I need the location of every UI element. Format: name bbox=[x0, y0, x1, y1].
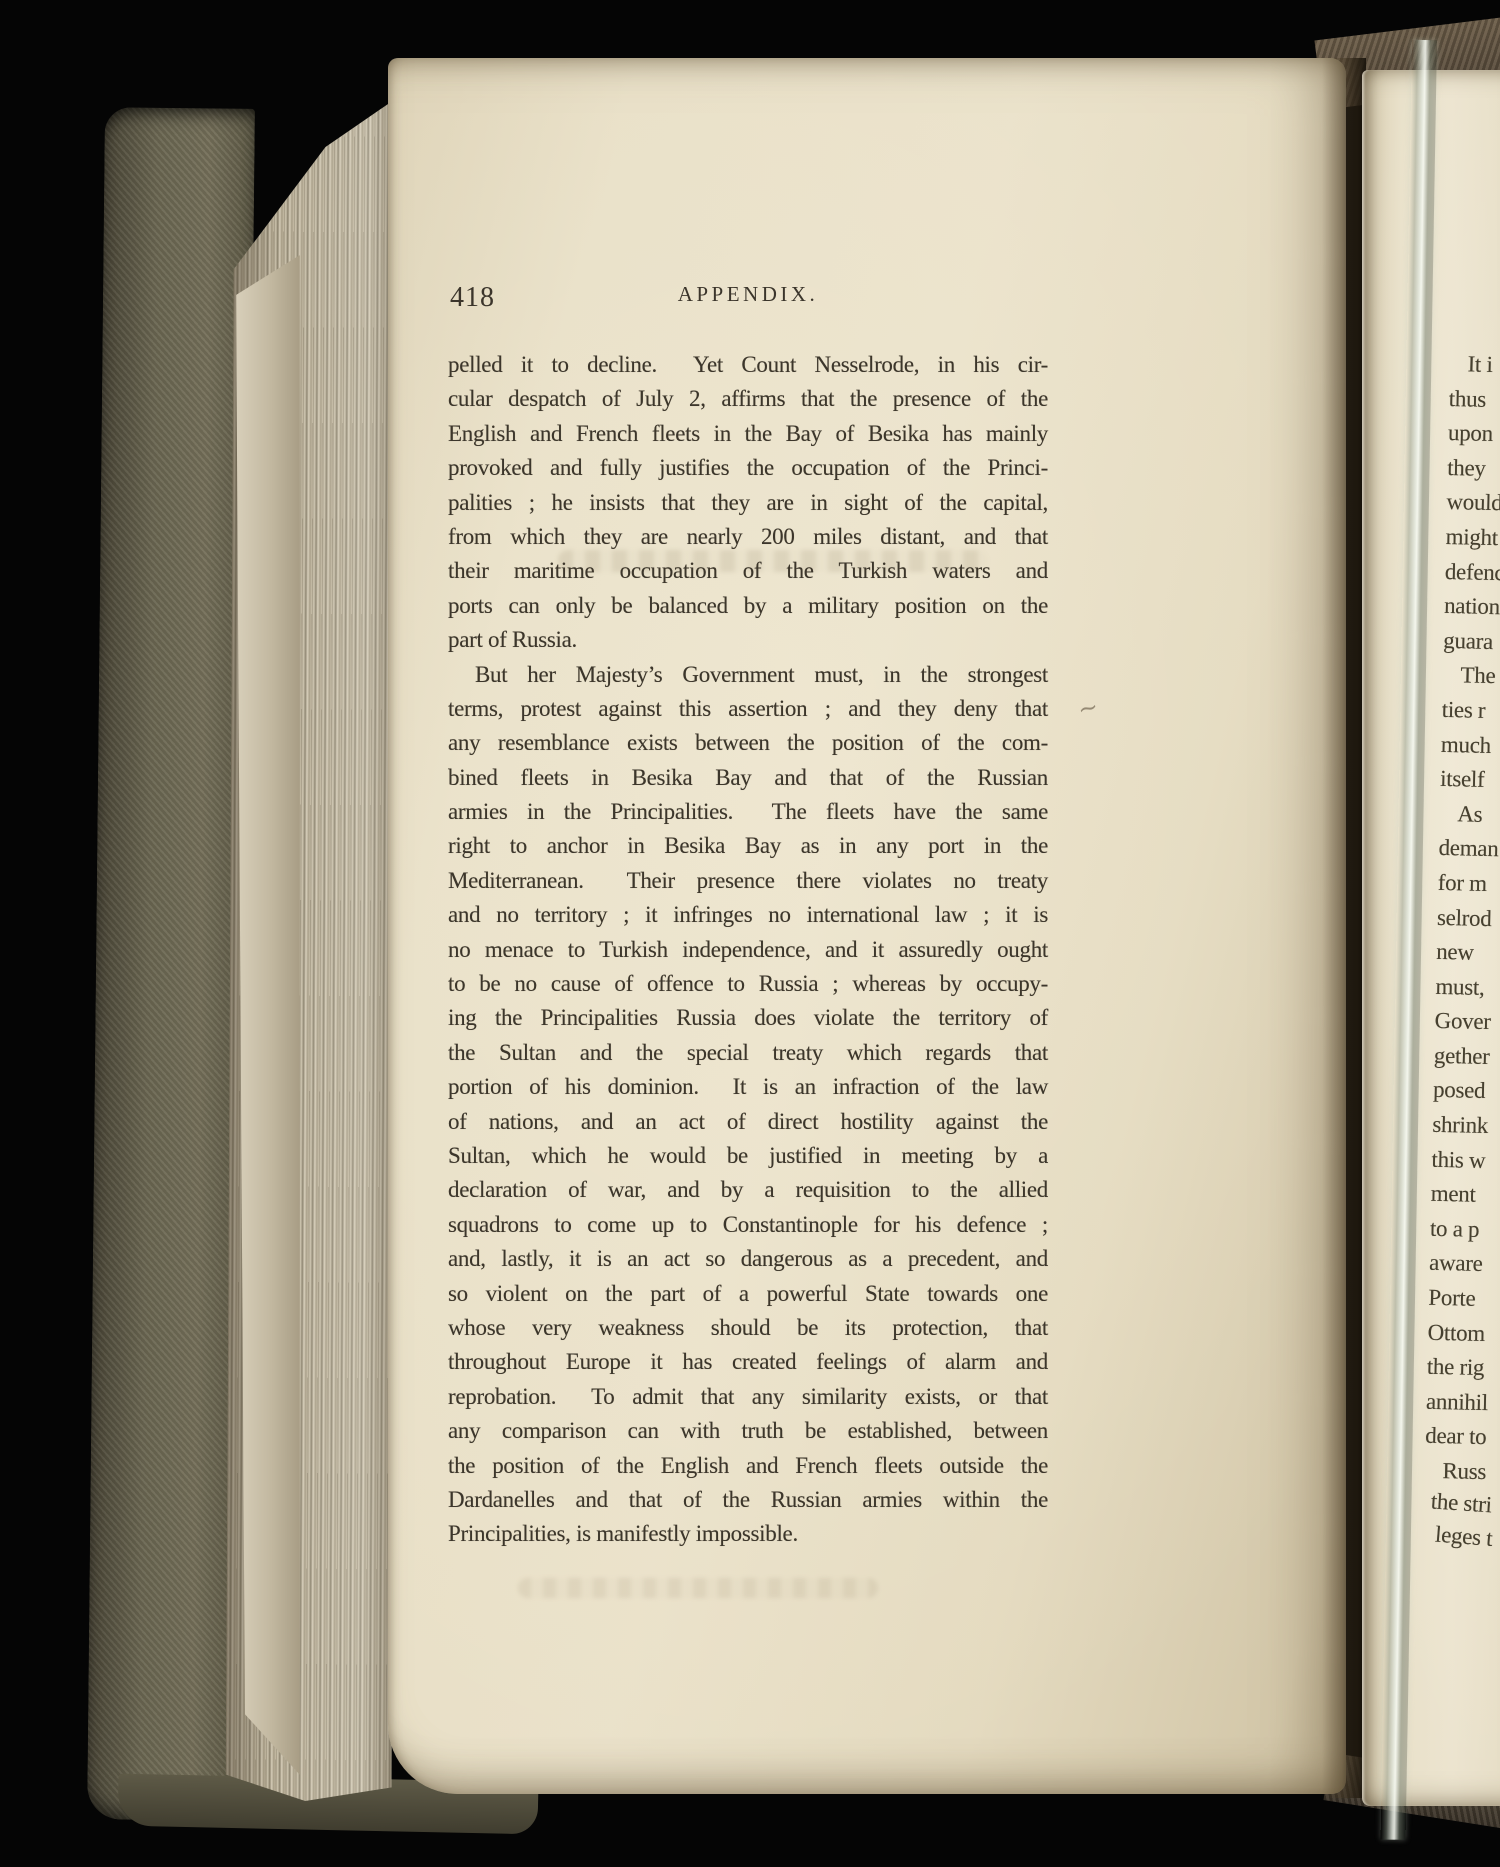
text-line-fragment: aware bbox=[1429, 1246, 1500, 1286]
text-line: provoked and fully justifies the occupat… bbox=[448, 451, 1048, 485]
text-line: ports can only be balanced by a military… bbox=[448, 589, 1048, 623]
text-line-fragment: itself bbox=[1440, 762, 1500, 802]
text-line-fragment: might bbox=[1445, 520, 1500, 560]
text-line-fragment: The bbox=[1442, 658, 1500, 698]
page-stack-inner-wedge bbox=[236, 255, 300, 1775]
text-line: the Sultan and the special treaty which … bbox=[448, 1036, 1048, 1070]
paragraph-protest: But her Majesty’s Government must, in th… bbox=[448, 658, 1048, 1552]
right-page-text: It ithusupontheywouldmightdefencnationgu… bbox=[1423, 347, 1500, 1562]
text-line-fragment: new bbox=[1436, 935, 1500, 975]
text-line-fragment: annihil bbox=[1426, 1385, 1500, 1425]
text-line: Mediterranean. Their presence there viol… bbox=[448, 864, 1048, 898]
text-line-fragment: dear to bbox=[1425, 1419, 1500, 1459]
text-line: reprobation. To admit that any similarit… bbox=[448, 1380, 1048, 1414]
paragraph-continuation: pelled it to decline. Yet Count Nesselro… bbox=[448, 348, 1048, 658]
gutter-shadow bbox=[1322, 58, 1366, 1798]
text-line-fragment: the rig bbox=[1426, 1350, 1500, 1390]
text-line: Principalities, is manifestly impossible… bbox=[448, 1517, 1048, 1551]
text-line: and, lastly, it is an act so dangerous a… bbox=[448, 1242, 1048, 1276]
text-line-fragment: selrod bbox=[1437, 900, 1500, 940]
text-line-fragment: Gover bbox=[1434, 1004, 1500, 1044]
text-line: English and French fleets in the Bay of … bbox=[448, 417, 1048, 451]
text-line: bined fleets in Besika Bay and that of t… bbox=[448, 761, 1048, 795]
text-line: cular despatch of July 2, affirms that t… bbox=[448, 382, 1048, 416]
text-line: so violent on the part of a powerful Sta… bbox=[448, 1277, 1048, 1311]
text-line-fragment: upon bbox=[1448, 416, 1500, 456]
text-line: the position of the English and French f… bbox=[448, 1449, 1048, 1483]
page-number: 418 bbox=[450, 282, 495, 314]
text-line: terms, protest against this assertion ; … bbox=[448, 692, 1048, 726]
text-line-fragment: thus bbox=[1448, 382, 1500, 422]
text-line: Sultan, which he would be justified in m… bbox=[448, 1139, 1048, 1173]
text-line-fragment: must, bbox=[1435, 970, 1500, 1010]
text-line: right to anchor in Besika Bay as in any … bbox=[448, 829, 1048, 863]
text-line-fragment: gether bbox=[1434, 1039, 1500, 1079]
page-body-text: pelled it to decline. Yet Count Nesselro… bbox=[448, 348, 1048, 1552]
left-page: 418 APPENDIX. pelled it to decline. Yet … bbox=[388, 58, 1346, 1794]
text-line: throughout Europe it has created feeling… bbox=[448, 1345, 1048, 1379]
page-header: 418 APPENDIX. bbox=[448, 282, 1048, 307]
text-line-fragment: this w bbox=[1431, 1142, 1500, 1182]
text-line: ing the Principalities Russia does viola… bbox=[448, 1001, 1048, 1035]
text-line-fragment: It i bbox=[1449, 347, 1500, 387]
book-photo: 418 APPENDIX. pelled it to decline. Yet … bbox=[0, 0, 1500, 1867]
text-line: of nations, and an act of direct hostili… bbox=[448, 1105, 1048, 1139]
text-line: armies in the Principalities. The fleets… bbox=[448, 795, 1048, 829]
text-line-fragment: would bbox=[1446, 485, 1500, 525]
text-line: portion of his dominion. It is an infrac… bbox=[448, 1070, 1048, 1104]
text-line-fragment: nation bbox=[1444, 589, 1500, 629]
text-line-fragment: they bbox=[1447, 451, 1500, 491]
text-line: part of Russia. bbox=[448, 623, 1048, 657]
text-line: to be no cause of offence to Russia ; wh… bbox=[448, 967, 1048, 1001]
text-line: no menace to Turkish independence, and i… bbox=[448, 933, 1048, 967]
text-line: Dardanelles and that of the Russian armi… bbox=[448, 1483, 1048, 1517]
text-line: their maritime occupation of the Turkish… bbox=[448, 554, 1048, 588]
text-line-fragment: Porte bbox=[1428, 1281, 1500, 1321]
text-line-fragment: posed bbox=[1433, 1073, 1500, 1113]
text-line-fragment: to a p bbox=[1430, 1212, 1500, 1252]
text-line-fragment: shrink bbox=[1432, 1108, 1500, 1148]
text-line: any comparison can with truth be establi… bbox=[448, 1414, 1048, 1448]
text-line: any resemblance exists between the posit… bbox=[448, 726, 1048, 760]
text-line-fragment: ties r bbox=[1441, 693, 1500, 733]
running-title: APPENDIX. bbox=[448, 282, 1048, 307]
margin-mark: ∼ bbox=[1075, 692, 1102, 725]
text-line-fragment: Ottom bbox=[1427, 1315, 1500, 1355]
text-line: whose very weakness should be its protec… bbox=[448, 1311, 1048, 1345]
text-line-fragment: deman bbox=[1438, 831, 1500, 871]
text-line: and no territory ; it infringes no inter… bbox=[448, 898, 1048, 932]
text-line-fragment: leges t bbox=[1434, 1518, 1500, 1570]
text-line: But her Majesty’s Government must, in th… bbox=[448, 658, 1048, 692]
text-line-fragment: ment bbox=[1430, 1177, 1500, 1217]
text-line-fragment: much bbox=[1441, 727, 1500, 767]
text-line: pelled it to decline. Yet Count Nesselro… bbox=[448, 348, 1048, 382]
text-line-fragment: for m bbox=[1437, 866, 1500, 906]
text-line-fragment: As bbox=[1439, 797, 1500, 837]
text-line-fragment: guara bbox=[1443, 624, 1500, 664]
text-line: declaration of war, and by a requisition… bbox=[448, 1173, 1048, 1207]
text-line-fragment: defenc bbox=[1445, 555, 1500, 595]
text-line: palities ; he insists that they are in s… bbox=[448, 486, 1048, 520]
text-line: squadrons to come up to Constantinople f… bbox=[448, 1208, 1048, 1242]
text-line: from which they are nearly 200 miles dis… bbox=[448, 520, 1048, 554]
